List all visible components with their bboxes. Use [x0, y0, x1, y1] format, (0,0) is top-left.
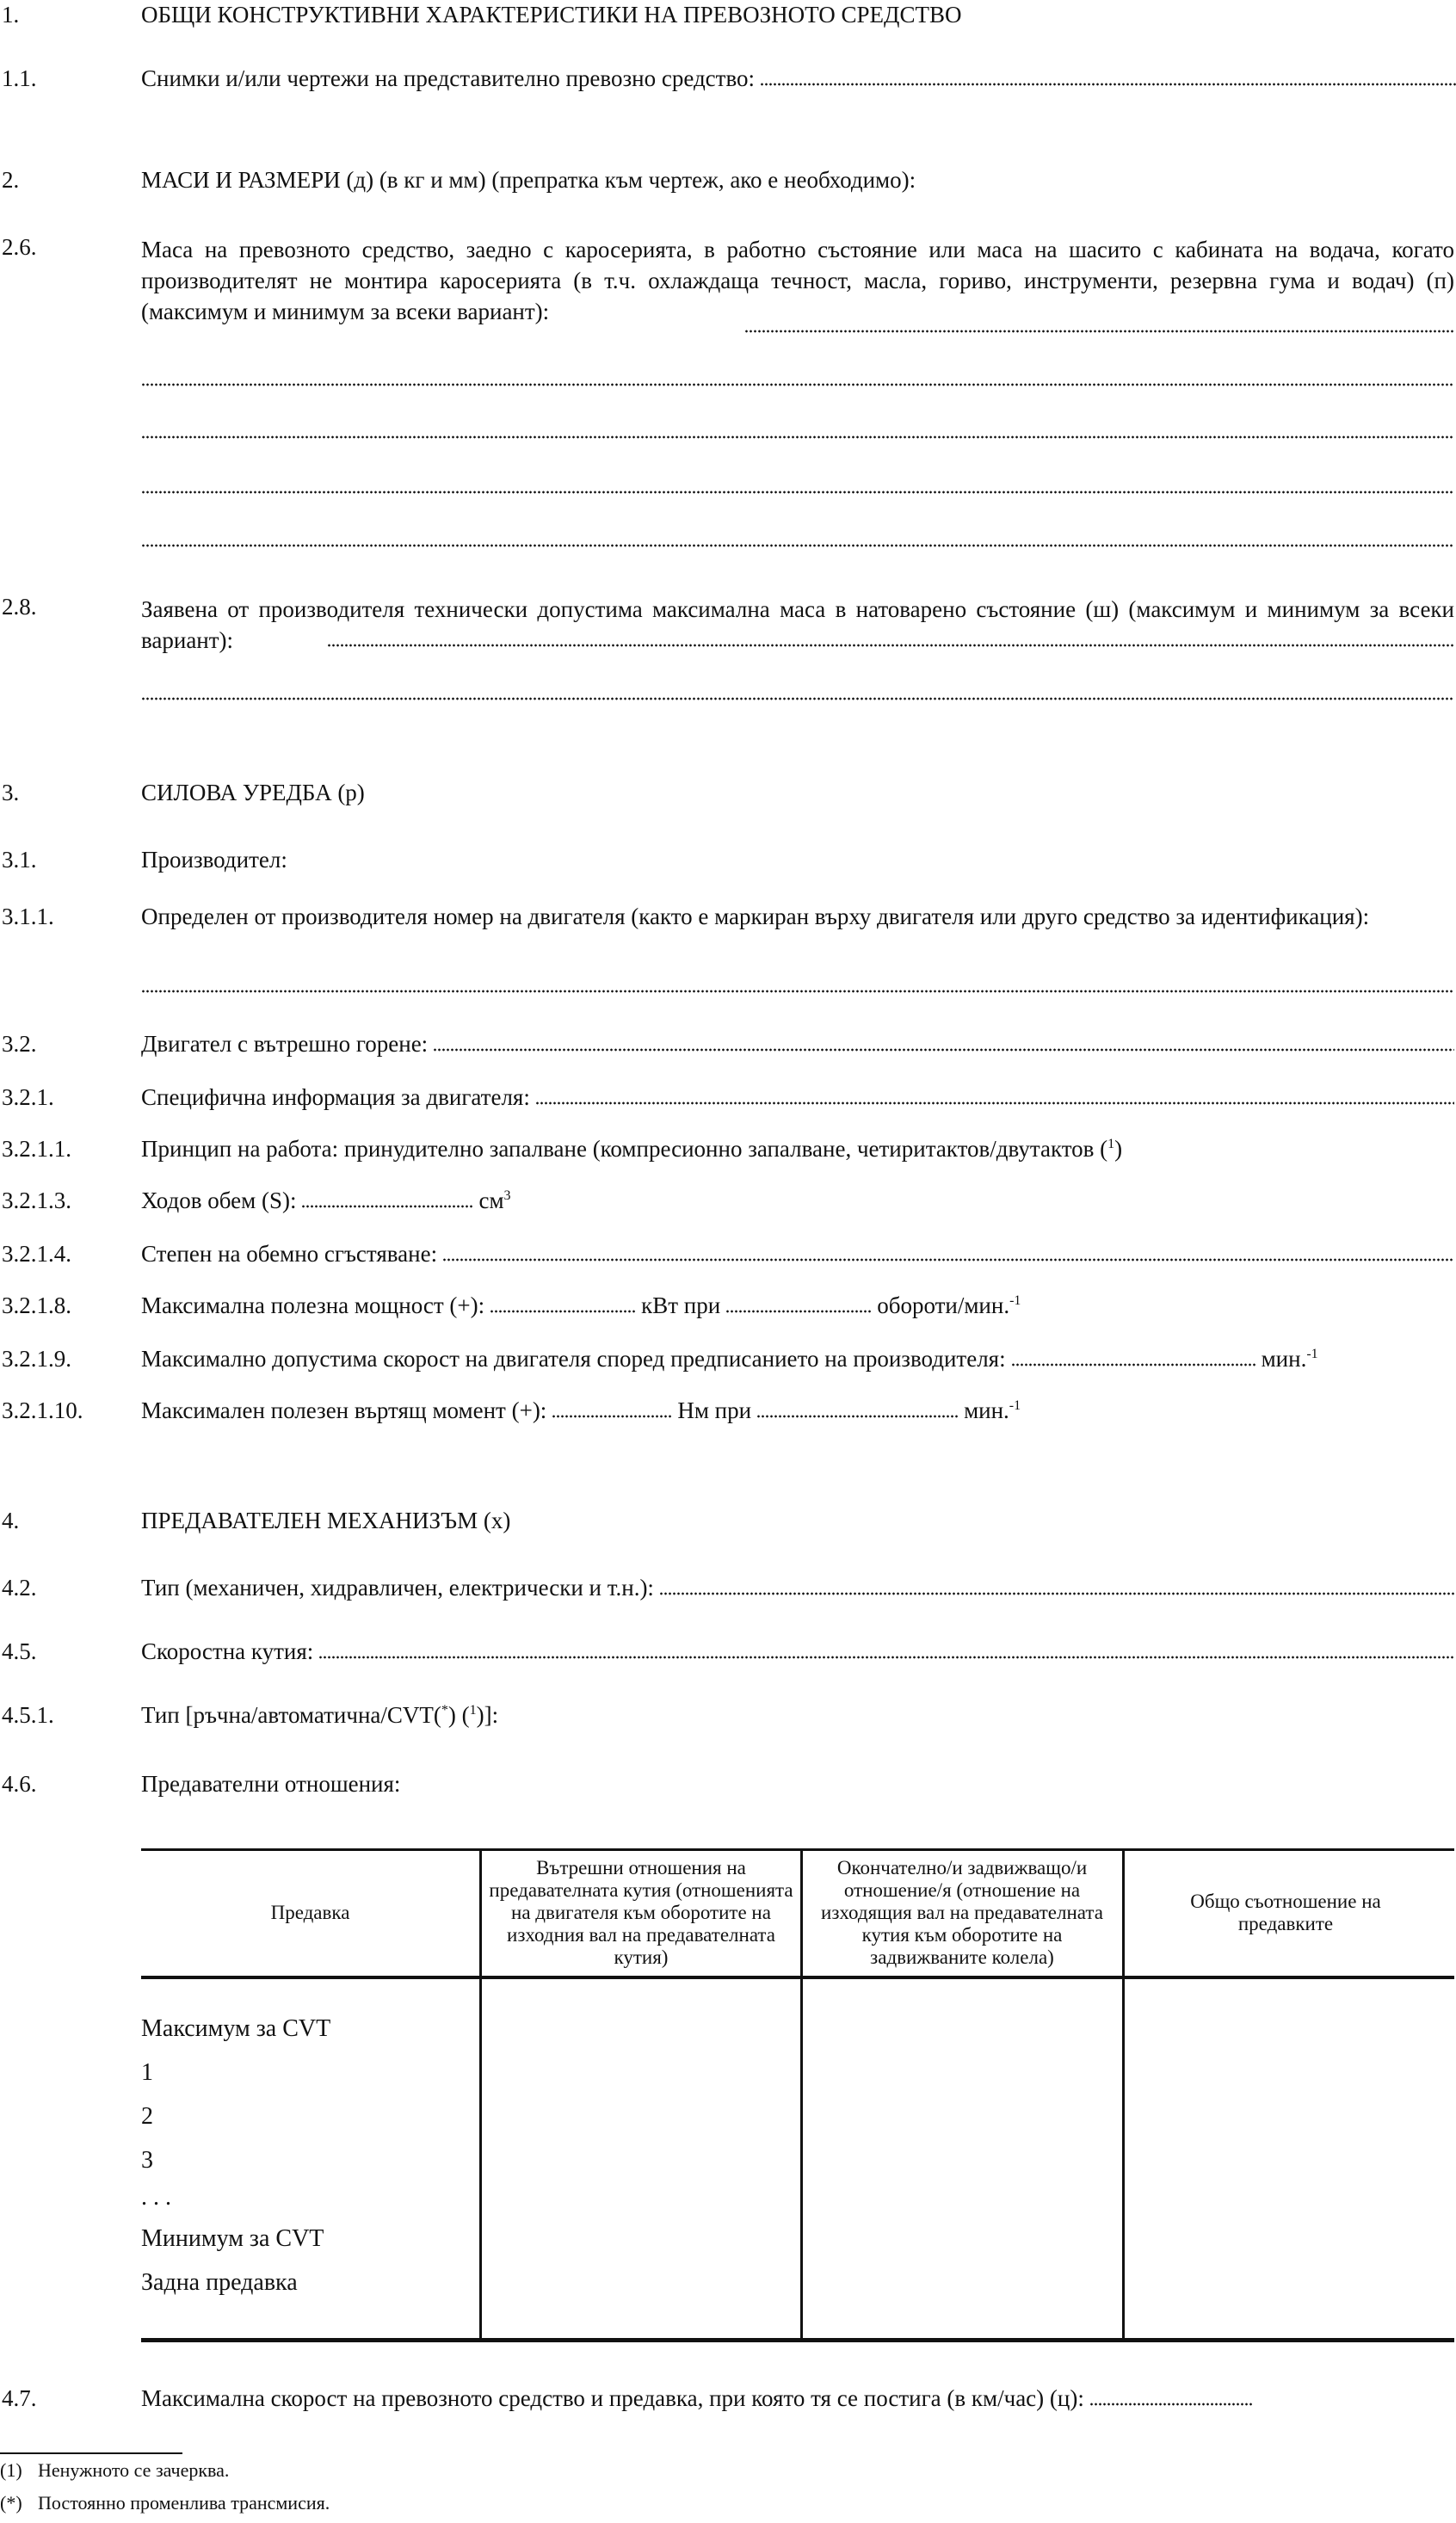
rpm-fill-in[interactable]: [756, 1415, 959, 1418]
footnote-rule: [0, 2452, 182, 2454]
section-title: ОБЩИ КОНСТРУКТИВНИ ХАРАКТЕРИСТИКИ НА ПРЕ…: [141, 2, 1456, 28]
field-label: Максимална полезна мощност (+):: [141, 1292, 484, 1318]
section-number: 3.: [2, 780, 19, 806]
table-row: Задна предавка: [141, 2266, 330, 2310]
unit-label: мин.: [1262, 1346, 1307, 1372]
fill-in-blank[interactable]: [433, 1048, 1454, 1052]
fill-in-blank[interactable]: [1011, 1363, 1256, 1366]
field-label: Ходов обем (S):: [141, 1187, 296, 1213]
footnote-text: Ненужното се зачерква.: [38, 2459, 229, 2481]
unit-label: Нм при: [677, 1397, 751, 1423]
fill-in-blank[interactable]: [1089, 2403, 1253, 2406]
gear-ratio-table: Предавка Вътрешни отношения на предавате…: [141, 1848, 1454, 2342]
field-number: 3.2.1.8.: [2, 1292, 71, 1319]
footnote-ref[interactable]: 1: [470, 1703, 477, 1718]
footnote-ref[interactable]: *: [441, 1703, 448, 1718]
field-label: Производител:: [141, 847, 1456, 873]
rpm-fill-in[interactable]: [725, 1310, 872, 1313]
fill-in-blank[interactable]: [141, 544, 1454, 547]
field-number: 2.6.: [2, 234, 37, 261]
unit-label: см: [478, 1187, 503, 1213]
fill-in-blank[interactable]: [141, 697, 1454, 700]
unit-superscript: -1: [1306, 1347, 1317, 1361]
table-row: 3: [141, 2144, 330, 2187]
column-divider: [1122, 1848, 1125, 2342]
section-title: МАСИ И РАЗМЕРИ (д) (в кг и мм) (препратк…: [141, 167, 1456, 194]
header-gear: Предавка: [141, 1854, 479, 1972]
unit-label: обороти/мин.: [877, 1292, 1009, 1318]
field-number: 3.2.: [2, 1031, 37, 1058]
fill-in-blank[interactable]: [760, 83, 1456, 86]
field-label: Скоростна кутия:: [141, 1638, 313, 1665]
field-label: Максимален полезен въртящ момент (+):: [141, 1397, 546, 1423]
fill-in-blank[interactable]: [327, 644, 1454, 647]
power-fill-in[interactable]: [490, 1310, 636, 1313]
fill-in-blank[interactable]: [141, 435, 1454, 439]
unit-label: мин.: [964, 1397, 1009, 1423]
column-divider: [800, 1848, 803, 2342]
field-label: Тип [ръчна/автоматична/CVT(*) (1)]:: [141, 1702, 1456, 1729]
unit-superscript: -1: [1009, 1293, 1021, 1308]
field-number: 1.1.: [2, 65, 37, 92]
field-number: 3.1.1.: [2, 904, 54, 930]
field-label: Предавателни отношения:: [141, 1771, 1456, 1798]
field-number: 2.8.: [2, 594, 37, 620]
header-final-drive-ratios: Окончателно/и задвижващо/и отношение/я (…: [805, 1854, 1119, 1972]
table-row: 1: [141, 2056, 330, 2100]
fill-in-blank[interactable]: [744, 330, 1454, 333]
unit-superscript: 3: [504, 1188, 511, 1203]
section-number: 4.: [2, 1508, 19, 1534]
field-label: Принцип на работа: принудително запалван…: [141, 1136, 1456, 1163]
field-label: Маса на превозното средство, заедно с ка…: [141, 237, 1454, 324]
header-total-ratio: Общо съотношение на предавките: [1174, 1854, 1397, 1972]
section-number: 1.: [2, 2, 19, 28]
field-number: 4.5.1.: [2, 1702, 54, 1729]
footnote-text: Постоянно променлива трансмисия.: [38, 2492, 330, 2514]
label-text: Принцип на работа: принудително запалван…: [141, 1136, 1107, 1162]
field-number: 3.2.1.10.: [2, 1397, 83, 1424]
table-bottom-rule: [141, 2338, 1454, 2342]
label-text: )]:: [477, 1702, 498, 1728]
table-row: . . .: [141, 2187, 330, 2222]
field-number: 3.2.1.3.: [2, 1187, 71, 1214]
table-top-rule: [141, 1848, 1454, 1851]
table-row: 2: [141, 2100, 330, 2144]
header-internal-ratios: Вътрешни отношения на предавателната кут…: [485, 1854, 797, 1972]
fill-in-blank[interactable]: [659, 1592, 1454, 1595]
field-number: 4.6.: [2, 1771, 37, 1798]
footnote-mark: (1): [0, 2459, 38, 2482]
column-divider: [479, 1848, 482, 2342]
fill-in-blank[interactable]: [141, 490, 1454, 494]
field-number: 4.2.: [2, 1575, 37, 1601]
field-number: 4.7.: [2, 2385, 37, 2412]
footnote-ref[interactable]: 1: [1107, 1137, 1114, 1151]
field-number: 3.2.1.9.: [2, 1346, 71, 1373]
field-number: 4.5.: [2, 1638, 37, 1665]
field-number: 3.2.1.4.: [2, 1241, 71, 1268]
label-tail: ): [1114, 1136, 1122, 1162]
section-number: 2.: [2, 167, 19, 194]
field-number: 3.2.1.1.: [2, 1136, 71, 1163]
section-title: СИЛОВА УРЕДБА (р): [141, 780, 1456, 806]
table-row: Минимум за CVT: [141, 2222, 330, 2266]
unit-label: кВт при: [641, 1292, 720, 1318]
field-label: Определен от производителя номер на двиг…: [141, 904, 1456, 930]
fill-in-blank[interactable]: [535, 1101, 1454, 1105]
gear-rows: Максимум за CVT 1 2 3 . . . Минимум за C…: [141, 2012, 330, 2310]
label-text: ) (: [448, 1702, 470, 1728]
section-title: ПРЕДАВАТЕЛЕН МЕХАНИЗЪМ (х): [141, 1508, 1456, 1534]
fill-in-blank[interactable]: [301, 1205, 473, 1208]
field-number: 3.2.1.: [2, 1084, 54, 1111]
table-row: Максимум за CVT: [141, 2012, 330, 2056]
label-text: Тип [ръчна/автоматична/CVT(: [141, 1702, 441, 1728]
fill-in-blank[interactable]: [318, 1656, 1454, 1659]
field-label: Двигател с вътрешно горене:: [141, 1031, 428, 1058]
torque-fill-in[interactable]: [552, 1415, 672, 1418]
footnote-cvt: (*)Постоянно променлива трансмисия.: [0, 2492, 330, 2514]
unit-superscript: -1: [1009, 1398, 1021, 1413]
fill-in-blank[interactable]: [141, 990, 1454, 993]
table-header-rule: [141, 1976, 1454, 1979]
field-label: Специфична информация за двигателя:: [141, 1084, 530, 1111]
footnote-1: (1)Ненужното се зачерква.: [0, 2459, 229, 2482]
field-label: Тип (механичен, хидравличен, електрическ…: [141, 1575, 654, 1601]
field-label: Максимално допустима скорост на двигател…: [141, 1346, 1006, 1372]
fill-in-blank[interactable]: [141, 383, 1454, 386]
fill-in-blank[interactable]: [442, 1258, 1454, 1261]
field-label: Степен на обемно сгъстяване:: [141, 1241, 437, 1268]
field-number: 3.1.: [2, 847, 37, 873]
footnote-mark: (*): [0, 2492, 38, 2514]
field-label: Снимки и/или чертежи на представително п…: [141, 65, 755, 92]
field-label: Максимална скорост на превозното средств…: [141, 2385, 1084, 2411]
